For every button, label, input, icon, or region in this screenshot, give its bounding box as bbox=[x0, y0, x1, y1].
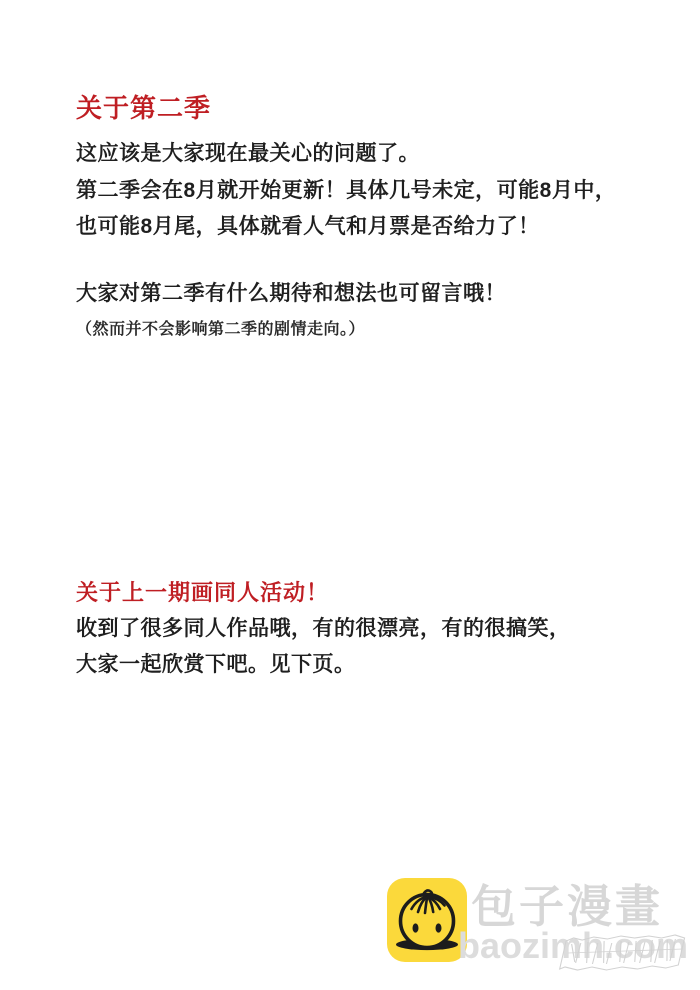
season2-paragraph2: 大家对第二季有什么期待和想法也可留言哦！ bbox=[76, 282, 506, 306]
season2-paragraph1-line2: 第二季会在8月就开始更新！具体几号未定，可能8月中， bbox=[76, 179, 616, 203]
fanart-heading: 关于上一期画同人活动！ bbox=[76, 580, 329, 605]
watermark-brand-text: 包子漫畫 bbox=[471, 884, 663, 929]
fanart-line2: 大家一起欣赏下吧。见下页。 bbox=[76, 653, 356, 677]
distressed-stamp-overlay bbox=[551, 929, 689, 977]
season2-heading: 关于第二季 bbox=[76, 94, 211, 124]
season2-paragraph1-line3: 也可能8月尾，具体就看人气和月票是否给力了！ bbox=[76, 215, 540, 239]
season2-note: （然而并不会影响第二季的剧情走向。） bbox=[76, 321, 365, 339]
comic-notice-page: 关于第二季 这应该是大家现在最关心的问题了。 第二季会在8月就开始更新！具体几号… bbox=[0, 0, 700, 990]
distressed-stamp-svg bbox=[551, 929, 689, 977]
fanart-line1: 收到了很多同人作品哦，有的很漂亮，有的很搞笑， bbox=[76, 617, 571, 641]
baozi-bun-icon-svg bbox=[387, 878, 467, 962]
season2-paragraph1-line1: 这应该是大家现在最关心的问题了。 bbox=[76, 142, 420, 166]
baozi-bun-icon bbox=[387, 878, 467, 962]
